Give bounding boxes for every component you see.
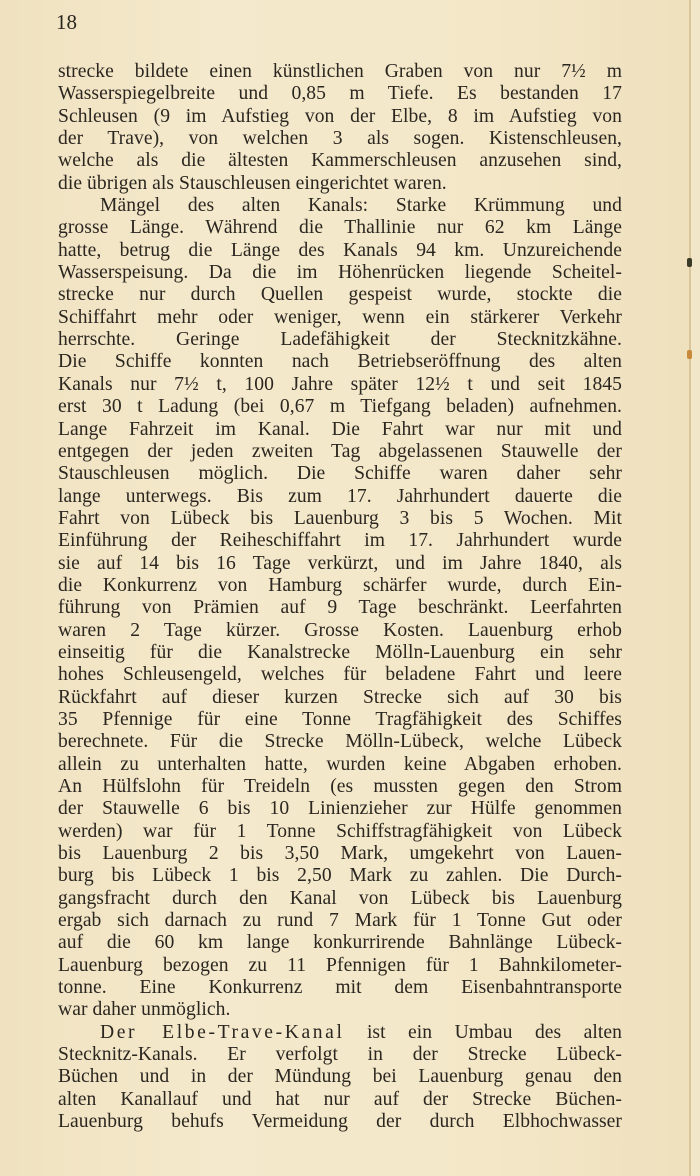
text-line: Fahrt von Lübeck bis Lauenburg 3 bis 5 W… [58,508,622,530]
text-line: sie auf 14 bis 16 Tage verkürzt, und im … [58,553,622,575]
text-line: einseitig für die Kanalstrecke Mölln-Lau… [58,642,622,664]
text-line: tonne. Eine Konkurrenz mit dem Eisenbahn… [58,977,622,999]
text-line: waren 2 Tage kürzer. Grosse Kosten. Laue… [58,620,622,642]
text-line: Stauschleusen möglich. Die Schiffe waren… [58,463,622,485]
text-line: die übrigen als Stauschleusen eingericht… [58,173,622,195]
text-line: der Stauwelle 6 bis 10 Linienzieher zur … [58,798,622,820]
text-line: hohes Schleusengeld, welches für beladen… [58,664,622,686]
text-line: Stecknitz-Kanals. Er verfolgt in der Str… [58,1044,622,1066]
text-line: Lange Fahrzeit im Kanal. Die Fahrt war n… [58,419,622,441]
text-line: strecke bildete einen künstlichen Graben… [58,61,622,83]
text-line: burg bis Lübeck 1 bis 2,50 Mark zu zahle… [58,865,622,887]
text-line: war daher unmöglich. [58,999,622,1021]
text-line: hatte, betrug die Länge des Kanals 94 km… [58,240,622,262]
paragraph: Mängel des alten Kanals: Starke Krümmung… [58,195,622,1022]
text-line: An Hülfslohn für Treideln (es mussten ge… [58,776,622,798]
text-line: grosse Länge. Während die Thallinie nur … [58,217,622,239]
text-line: entgegen der jeden zweiten Tag abgelasse… [58,441,622,463]
text-line: welche als die ältesten Kammerschleusen … [58,150,622,172]
text-line: Die Schiffe konnten nach Betriebseröffnu… [58,351,622,373]
text-line: Schiffahrt mehr oder weniger, wenn ein s… [58,307,622,329]
text-line: Lauenburg behufs Vermeidung der durch El… [58,1111,622,1133]
paper-blemish [687,258,692,267]
text-line: führung von Prämien auf 9 Tage beschränk… [58,597,622,619]
paragraph: Der Elbe-Trave-Kanal ist ein Umbau des a… [58,1022,622,1134]
text-line: die Konkurrenz von Hamburg schärfer wurd… [58,575,622,597]
body-text: strecke bildete einen künstlichen Graben… [58,61,622,1134]
paragraph: strecke bildete einen künstlichen Graben… [58,61,622,195]
text-line: Lauenburg bezogen zu 11 Pfennigen für 1 … [58,955,622,977]
text-line: Wasserspeisung. Da die im Höhenrücken li… [58,262,622,284]
text-line: Büchen und in der Mündung bei Lauenburg … [58,1066,622,1088]
adjacent-page-edge [691,0,700,1176]
page-number: 18 [56,10,77,34]
book-page: 18 strecke bildete einen künstlichen Gra… [0,0,700,1176]
text-line: Mängel des alten Kanals: Starke Krümmung… [58,195,622,217]
text-line: lange unterwegs. Bis zum 17. Jahrhundert… [58,486,622,508]
text-line: ergab sich darnach zu rund 7 Mark für 1 … [58,910,622,932]
text-line: Kanals nur 7½ t, 100 Jahre später 12½ t … [58,374,622,396]
text-line: herrschte. Geringe Ladefähigkeit der Ste… [58,329,622,351]
text-line: bis Lauenburg 2 bis 3,50 Mark, umgekehrt… [58,843,622,865]
text-line: allein zu unterhalten hatte, wurden kein… [58,754,622,776]
text-line: auf die 60 km lange konkurrirende Bahnlä… [58,932,622,954]
paper-blemish [687,350,692,359]
text-line: strecke nur durch Quellen gespeist wurde… [58,284,622,306]
text-line: Wasserspiegelbreite und 0,85 m Tiefe. Es… [58,83,622,105]
text-line: 35 Pfennige für eine Tonne Tragfähigkeit… [58,709,622,731]
text-line: werden) war für 1 Tonne Schiffstragfähig… [58,821,622,843]
text-line: alten Kanallauf und hat nur auf der Stre… [58,1089,622,1111]
text-line: gangsfracht durch den Kanal von Lübeck b… [58,888,622,910]
text-line: Der Elbe-Trave-Kanal ist ein Umbau des a… [58,1022,622,1044]
text-line: Einführung der Reiheschiffahrt im 17. Ja… [58,530,622,552]
text-line: Schleusen (9 im Aufstieg von der Elbe, 8… [58,106,622,128]
text-line: berechnete. Für die Strecke Mölln-Lübeck… [58,731,622,753]
text-line: erst 30 t Ladung (bei 0,67 m Tiefgang be… [58,396,622,418]
text-line: der Trave), von welchen 3 als sogen. Kis… [58,128,622,150]
spaced-heading-term: Der Elbe-Trave-Kanal [100,1022,345,1043]
text-line: Rückfahrt auf dieser kurzen Strecke sich… [58,687,622,709]
